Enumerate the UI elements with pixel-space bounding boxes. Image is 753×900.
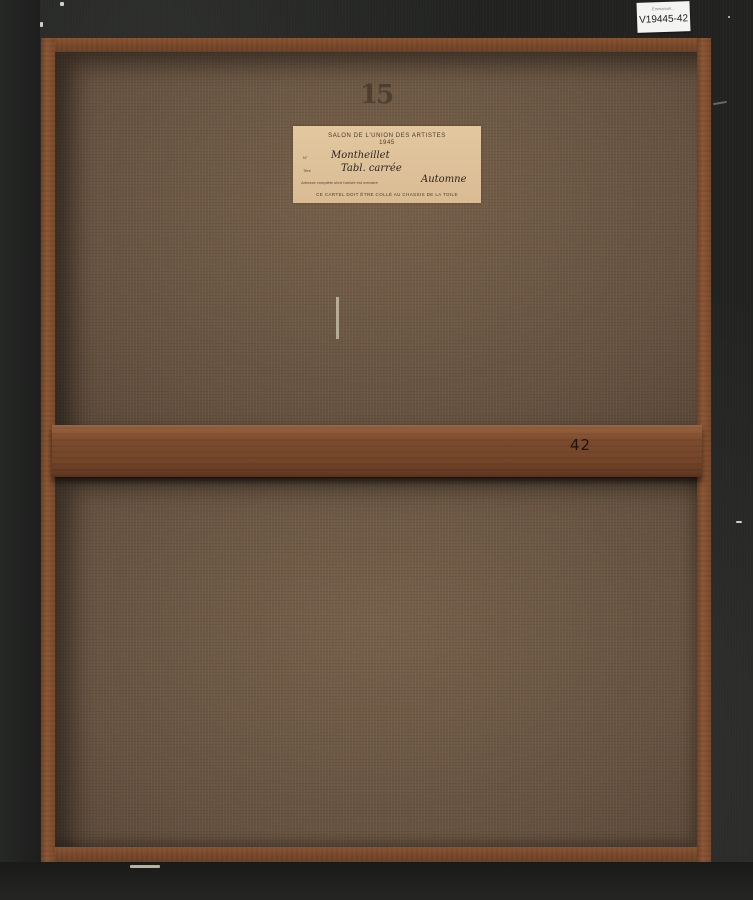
stencil-number: 15 — [360, 80, 392, 110]
frame-bottom-edge — [0, 862, 753, 900]
label-header: SALON DE L'UNION DES ARTISTES — [293, 133, 481, 139]
stretcher-top-bar — [41, 38, 711, 52]
stretcher-cross-bar — [52, 425, 702, 477]
exhibition-label: SALON DE L'UNION DES ARTISTES 1945 N° Mo… — [293, 126, 481, 203]
label-owner-line: Adresse complète dont l'artiste est memb… — [301, 180, 378, 185]
paint-speck — [130, 865, 160, 868]
label-artist: Montheillet — [331, 150, 390, 161]
label-title-caption: Titre — [303, 168, 311, 173]
paint-speck — [60, 2, 64, 6]
frame-left-edge — [0, 0, 40, 900]
inventory-tag: Emmanuel... V19445-42 — [636, 1, 690, 33]
label-owner: Automne — [421, 174, 467, 185]
label-footer: CE CARTEL DOIT ÊTRE COLLÉ AU CHASSIS DE … — [293, 192, 481, 197]
paint-speck — [736, 521, 742, 523]
cross-bar-number: 42 — [570, 436, 591, 454]
paint-speck — [728, 16, 730, 18]
label-title: Tabl. carrée — [341, 163, 402, 174]
paint-speck — [40, 22, 43, 27]
canvas-scratch — [336, 297, 339, 339]
canvas-lower-panel — [55, 478, 697, 847]
label-no: N° — [303, 155, 308, 160]
inventory-code: V19445-42 — [637, 13, 690, 26]
label-year: 1945 — [293, 140, 481, 146]
stretcher-bottom-bar — [41, 847, 711, 862]
inventory-tag-header: Emmanuel... — [637, 5, 690, 12]
